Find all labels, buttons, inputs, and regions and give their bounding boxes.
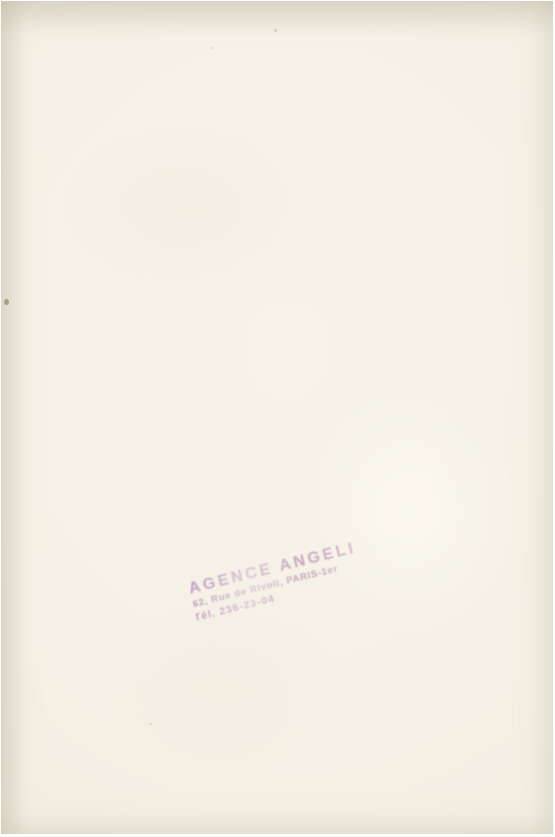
- dust-speck: [274, 29, 277, 32]
- dust-speck: [4, 299, 9, 305]
- dust-speck: [149, 723, 152, 725]
- agency-ink-stamp: AGENCE ANGELI 62, Rue de Rivoli, PARIS-1…: [187, 539, 364, 623]
- paper-mottle: [301, 381, 521, 641]
- paper-mottle: [101, 601, 341, 781]
- scan-background: AGENCE ANGELI 62, Rue de Rivoli, PARIS-1…: [0, 0, 555, 837]
- dust-speck: [211, 47, 213, 49]
- paper-mottle: [61, 121, 321, 301]
- photo-back-paper: AGENCE ANGELI 62, Rue de Rivoli, PARIS-1…: [1, 1, 553, 834]
